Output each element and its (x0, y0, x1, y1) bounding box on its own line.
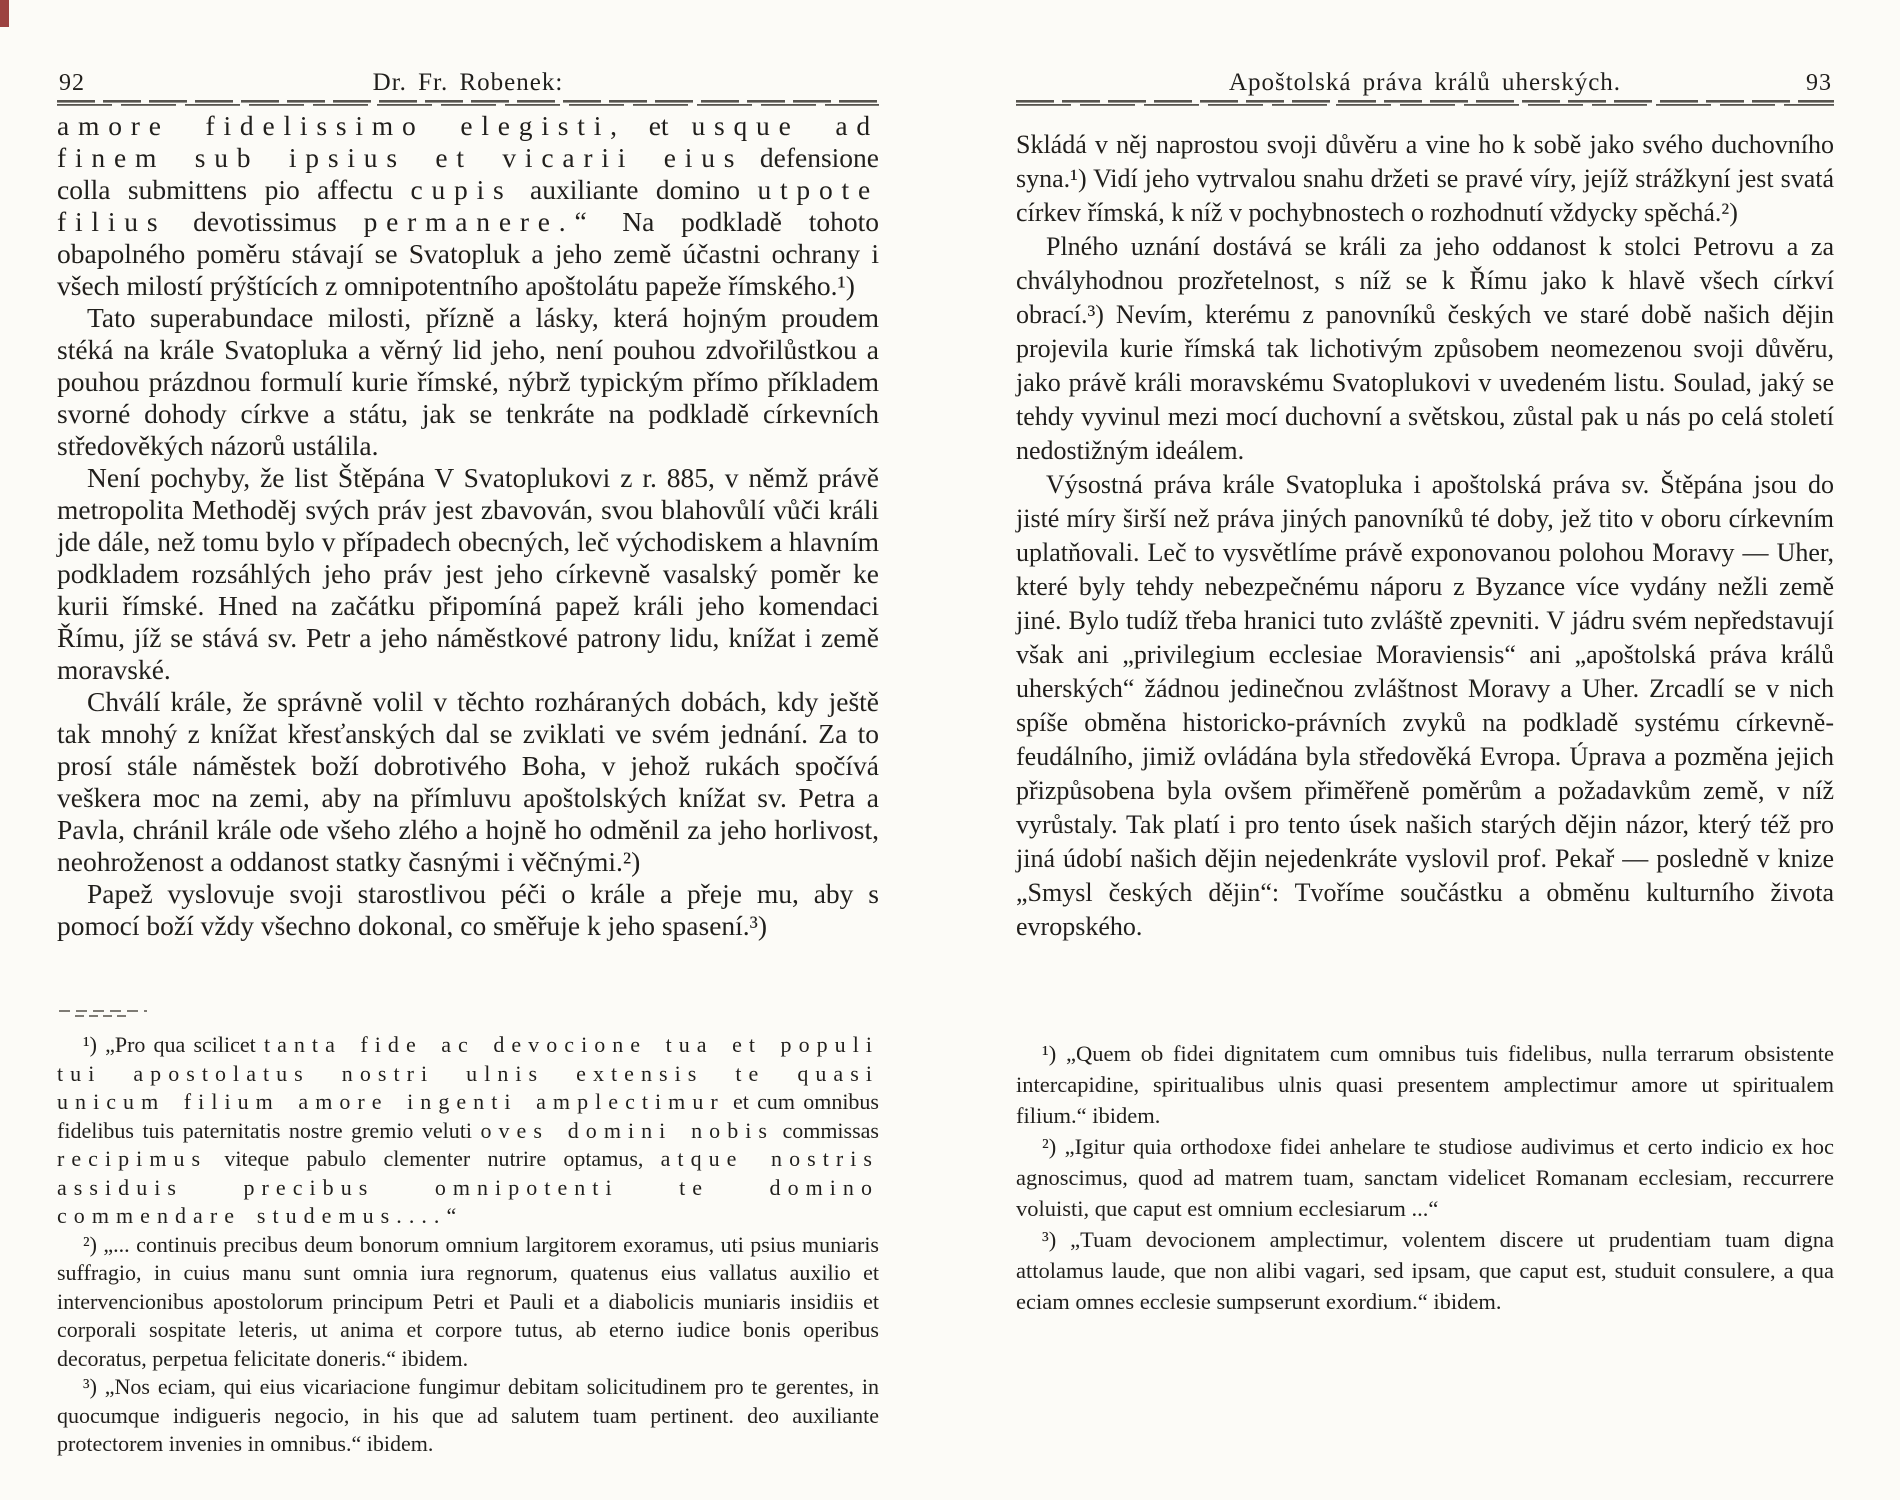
scan-artifact (0, 0, 9, 27)
body-text: Není pochyby, že list Štěpána V Svatoplu… (57, 462, 879, 685)
right-footnotes: ¹) „Quem ob fidei dignitatem cum omnibus… (1016, 1038, 1834, 1317)
left-page-number: 92 (59, 66, 85, 100)
spaced-latin-text: amore fidelissimo elegisti, (57, 110, 626, 141)
left-footnote-block: ¹) „Pro qua scilicet tanta fide ac devoc… (57, 1010, 879, 1459)
body-text: ³) „Tuam devocionem amplectimur, volente… (1016, 1227, 1834, 1314)
paragraph: Tato superabundace milosti, přízně a lás… (57, 302, 879, 462)
body-text: commissas (774, 1118, 879, 1143)
paragraph: amore fidelissimo elegisti, et usque ad … (57, 110, 879, 302)
footnote: ²) „... continuis precibus deum bonorum … (57, 1231, 879, 1374)
paragraph: Výsostná práva krále Svatopluka i apošto… (1016, 468, 1834, 944)
body-text: viteque pabulo clementer nutrire optamus… (207, 1146, 661, 1171)
body-text: Tato superabundace milosti, přízně a lás… (57, 302, 879, 461)
left-running-header: 92 Dr. Fr. Robenek: (57, 66, 879, 100)
spaced-latin-text: recipimus (57, 1146, 207, 1171)
body-text: et (626, 110, 692, 141)
body-text: Plného uznání dostává se králi za jeho o… (1016, 232, 1834, 465)
left-body-column: amore fidelissimo elegisti, et usque ad … (57, 110, 879, 942)
left-header-title: Dr. Fr. Robenek: (57, 66, 879, 100)
footnote: ²) „Igitur quia orthodoxe fidei anhelare… (1016, 1131, 1834, 1224)
body-text: ¹) „Pro qua scilicet (83, 1032, 264, 1057)
spaced-latin-text: oves domini nobis (480, 1118, 774, 1143)
right-page-number: 93 (1806, 66, 1832, 100)
footnote: ³) „Nos eciam, qui eius vicariacione fun… (57, 1373, 879, 1459)
paragraph: Papež vyslovuje svoji starostlivou péči … (57, 878, 879, 942)
body-text: ¹) „Quem ob fidei dignitatem cum omnibus… (1016, 1041, 1834, 1128)
body-text: ²) „Igitur quia orthodoxe fidei anhelare… (1016, 1134, 1834, 1221)
right-header-title: Apoštolská práva králů uherských. (1016, 66, 1834, 100)
paragraph: Není pochyby, že list Štěpána V Svatoplu… (57, 462, 879, 686)
body-text: Papež vyslovuje svoji starostlivou péči … (57, 878, 879, 941)
paragraph: Plného uznání dostává se králi za jeho o… (1016, 230, 1834, 468)
right-body-column: Skládá v něj naprostou svoji důvěru a vi… (1016, 128, 1834, 944)
spaced-latin-text: permanere.“ (364, 206, 596, 237)
right-footnote-block: ¹) „Quem ob fidei dignitatem cum omnibus… (1016, 1038, 1834, 1317)
left-header-rule (57, 100, 879, 106)
body-text: Výsostná práva krále Svatopluka i apošto… (1016, 470, 1834, 941)
body-text: auxiliante domino (513, 174, 758, 205)
left-page: 92 Dr. Fr. Robenek: amore fidelissimo el… (57, 66, 879, 1486)
right-page: Apoštolská práva králů uherských. 93 Skl… (1016, 66, 1834, 1486)
footnote: ³) „Tuam devocionem amplectimur, volente… (1016, 1224, 1834, 1317)
body-text: Chválí krále, že správně volil v těchto … (57, 686, 879, 877)
paragraph: Chválí krále, že správně volil v těchto … (57, 686, 879, 878)
left-footnotes: ¹) „Pro qua scilicet tanta fide ac devoc… (57, 1031, 879, 1459)
spaced-latin-text: cupis (410, 174, 512, 205)
right-header-rule (1016, 100, 1834, 106)
body-text: ²) „... continuis precibus deum bonorum … (57, 1232, 879, 1371)
body-text: ³) „Nos eciam, qui eius vicariacione fun… (57, 1374, 879, 1456)
scanned-book-spread: 92 Dr. Fr. Robenek: amore fidelissimo el… (0, 0, 1900, 1500)
footnote: ¹) „Pro qua scilicet tanta fide ac devoc… (57, 1031, 879, 1231)
footnote: ¹) „Quem ob fidei dignitatem cum omnibus… (1016, 1038, 1834, 1131)
body-text: Skládá v něj naprostou svoji důvěru a vi… (1016, 130, 1834, 227)
body-text: devotissimus (166, 206, 363, 237)
paragraph: Skládá v něj naprostou svoji důvěru a vi… (1016, 128, 1834, 230)
footnote-separator (59, 1010, 147, 1017)
right-running-header: Apoštolská práva králů uherských. 93 (1016, 66, 1834, 100)
